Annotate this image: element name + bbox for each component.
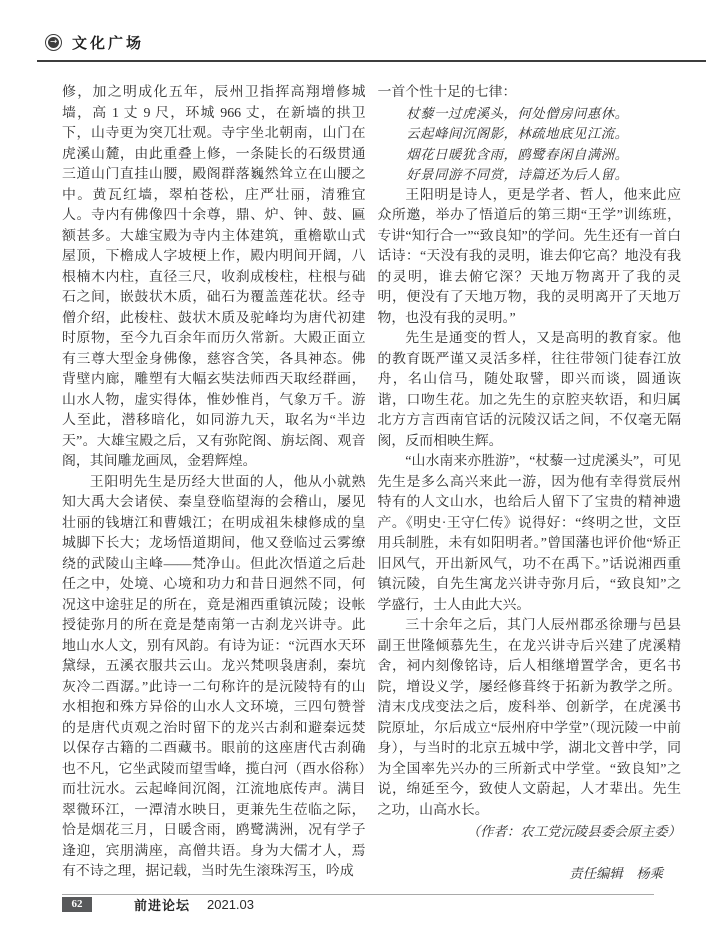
paragraph-continuation: 修，加之明成化五年，辰州卫指挥高翔增修城墙，高 1 丈 9 尺，环城 966 丈… bbox=[62, 83, 366, 473]
poem-line: 杖藜一过虎溪头，何处僧房问惠休。 bbox=[378, 104, 682, 125]
section-header: → 文化广场 bbox=[37, 32, 706, 62]
paragraph: 先生是通变的哲人，又是高明的教育家。他的教育既严谨又灵活多样，往往带领门徒春江放… bbox=[378, 329, 682, 452]
paragraph-continuation: 一首个性十足的七律： bbox=[378, 83, 682, 104]
left-column: 修，加之明成化五年，辰州卫指挥高翔增修城墙，高 1 丈 9 尺，环城 966 丈… bbox=[62, 83, 366, 884]
magazine-page: → 文化广场 修，加之明成化五年，辰州卫指挥高翔增修城墙，高 1 丈 9 尺，环… bbox=[0, 0, 725, 940]
paragraph: 三十余年之后，其门人辰州郡丞徐珊与邑县副王世隆倾慕先生，在龙兴讲寺后兴建了虎溪精… bbox=[378, 616, 682, 821]
author-note: （作者：农工党沅陵县委会原主委） bbox=[378, 822, 682, 843]
editor-note: 责任编辑 杨乘 bbox=[378, 864, 682, 885]
section-title: 文化广场 bbox=[72, 32, 144, 53]
paragraph: “山水南来亦胜游”，“杖藜一过虎溪头”，可见先生是多么高兴来此一游，因为他有幸得… bbox=[378, 452, 682, 616]
poem-line: 烟花日暖犹含雨，鸥鹭春闲自满洲。 bbox=[378, 145, 682, 166]
poem-line: 云起峰间沉阁影，林疏地底见江流。 bbox=[378, 124, 682, 145]
journal-name: 前进论坛 bbox=[134, 895, 190, 914]
page-footer: 62 前进论坛 2021.03 bbox=[62, 894, 654, 914]
right-column: 一首个性十足的七律： 杖藜一过虎溪头，何处僧房问惠休。 云起峰间沉阁影，林疏地底… bbox=[378, 83, 682, 884]
poem-block: 杖藜一过虎溪头，何处僧房问惠休。 云起峰间沉阁影，林疏地底见江流。 烟花日暖犹含… bbox=[378, 104, 682, 186]
arrow-glyph: → bbox=[48, 37, 60, 49]
poem-line: 好景同游不同赏，诗篇还为后人留。 bbox=[378, 165, 682, 186]
arrow-right-circle-icon: → bbox=[45, 34, 62, 51]
page-number-badge: 62 bbox=[62, 897, 92, 912]
paragraph: 王阳明是诗人，更是学者、哲人，他来此应众所邀，举办了悟道后的第三期“王学”训练班… bbox=[378, 186, 682, 330]
paragraph: 王阳明先生是历经大世面的人，他从小就熟知大禹大会诸侯、秦皇登临望海的会稽山，屡见… bbox=[62, 473, 366, 883]
journal-issue: 2021.03 bbox=[207, 897, 254, 912]
article-body: 修，加之明成化五年，辰州卫指挥高翔增修城墙，高 1 丈 9 尺，环城 966 丈… bbox=[62, 83, 681, 884]
